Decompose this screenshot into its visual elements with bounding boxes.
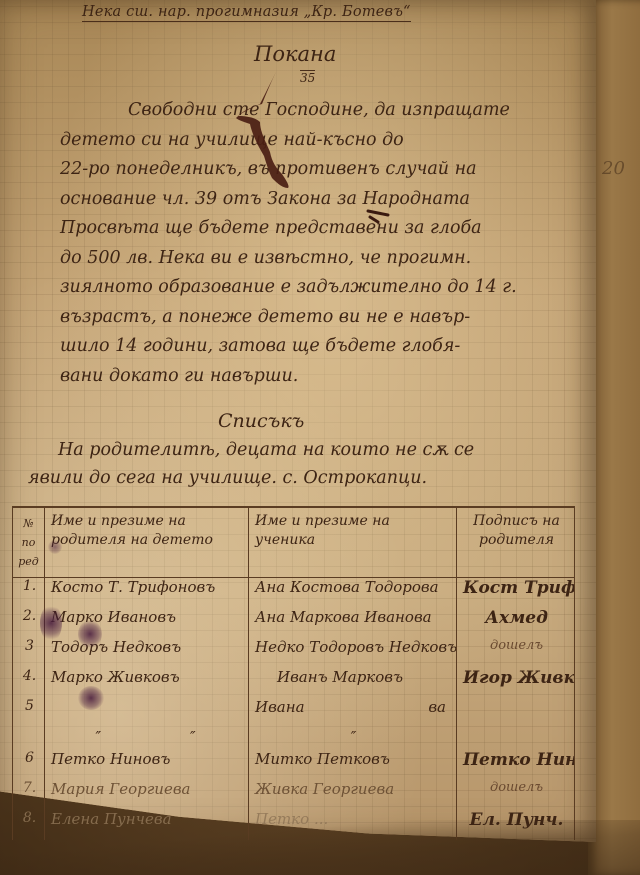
table-row: 6 Петко Ниновъ Митко Петковъ Петко Нинов… [13,750,575,780]
parent-name: Марко Живковъ [45,668,249,698]
student-name: Ана Костова Тодорова [249,578,457,609]
document-number: 35 [300,70,315,85]
col-header-parent: Име и презиме на родителя на детето [45,507,249,578]
student-name: Ивана ва [249,698,457,728]
parent-signature: Ел. Пунч. [457,810,575,840]
body-line: вани докато ги навърши. [60,362,600,392]
row-number [13,728,45,750]
list-title: Списъкъ [218,410,304,432]
parent-signature [457,698,575,728]
table-row: 1. Косто Т. Трифоновъ Ана Костова Тодоро… [13,578,575,609]
row-number: 5 [13,698,45,728]
ink-smudge [78,620,102,648]
subtitle-line: явили до сега на училище. с. Острокапци. [28,464,474,492]
parent-signature [457,728,575,750]
student-ditto: ″ [249,728,457,750]
body-line: шило 14 години, затова ще бъдете глобя- [60,332,600,362]
parents-register-table: № по ред Име и презиме на родителя на де… [12,506,575,840]
row-number: 4. [13,668,45,698]
table-row: ″″ ″ [13,728,575,750]
ink-blot-stain [232,70,292,190]
body-line: 22-ро понеделникъ, въ противенъ случай н… [60,155,600,185]
list-subtitle: На родителитѣ, децата на които не сѫ се … [28,436,474,492]
row-number: 7. [13,780,45,810]
table-row: 7. Мария Георгиева Живка Георгиева дошел… [13,780,575,810]
subtitle-line: На родителитѣ, децата на които не сѫ се [28,436,474,464]
row-number: 8. [13,810,45,840]
student-name: Недко Тодоровъ Недковъ [249,638,457,668]
body-line: Свободни сте Господине, да изпращате [60,96,600,126]
student-name: Ана Маркова Иванова [249,608,457,638]
parent-name: Тодоръ Недковъ [45,638,249,668]
parent-name: Марко Ивановъ [45,608,249,638]
ditto-mark: ″ [146,728,241,746]
parent-signature: Ахмед [457,608,575,638]
body-line: детето си на училище най-късно до [60,126,600,156]
parent-signature: дошелъ [457,780,575,810]
ditto-mark: ″ [351,728,357,746]
body-line: основание чл. 39 отъ Закона за Народната [60,185,600,215]
student-name-suffix: ва [428,698,452,716]
ink-dash-stain [366,208,394,224]
parent-ditto: ″″ [45,728,249,750]
student-name: Живка Георгиева [249,780,457,810]
parent-name: Мария Георгиева [45,780,249,810]
body-line: Просвѣта ще бъдете представени за глоба [60,214,600,244]
table-row: 8. Елена Пунчева Петко ... Ел. Пунч. [13,810,575,840]
ink-smudge [48,540,62,554]
student-name-text: Ивана [255,698,305,716]
body-line: възрастъ, а понеже детето ви не е навър- [60,303,600,333]
table-header-row: № по ред Име и презиме на родителя на де… [13,507,575,578]
parent-name [45,698,249,728]
parent-name: Елена Пунчева [45,810,249,840]
parent-signature: Петко Ниновъ [457,750,575,780]
parent-signature: Кост Трифоновъ [457,578,575,609]
parent-name: Петко Ниновъ [45,750,249,780]
student-name: Иванъ Марковъ [249,668,457,698]
col-header-student: Име и презиме на ученика [249,507,457,578]
row-number: 6 [13,750,45,780]
ink-smudge [40,604,62,642]
parent-signature: Игор Живковъ [457,668,575,698]
col-header-signature: Подписъ на родителя [457,507,575,578]
row-number: 3 [13,638,45,668]
parent-name: Косто Т. Трифоновъ [45,578,249,609]
col-header-number: № по ред [13,507,45,578]
ink-smudge [78,686,104,710]
summons-body: Свободни сте Господине, да изпращате дет… [60,96,600,391]
school-header: Нека сш. нар. прогимназия „Кр. Ботевъ“ [82,4,411,22]
parent-signature: дошелъ [457,638,575,668]
adjacent-page-text: 20 [602,158,625,179]
body-line: до 500 лв. Нека ви е извѣстно, че прогим… [60,244,600,274]
document-title: Покана [254,42,336,66]
student-name: Митко Петковъ [249,750,457,780]
row-number: 1. [13,578,45,609]
ditto-mark: ″ [51,728,146,746]
student-name: Петко ... [249,810,457,840]
body-line: зиялното образование е задължително до 1… [60,273,600,303]
